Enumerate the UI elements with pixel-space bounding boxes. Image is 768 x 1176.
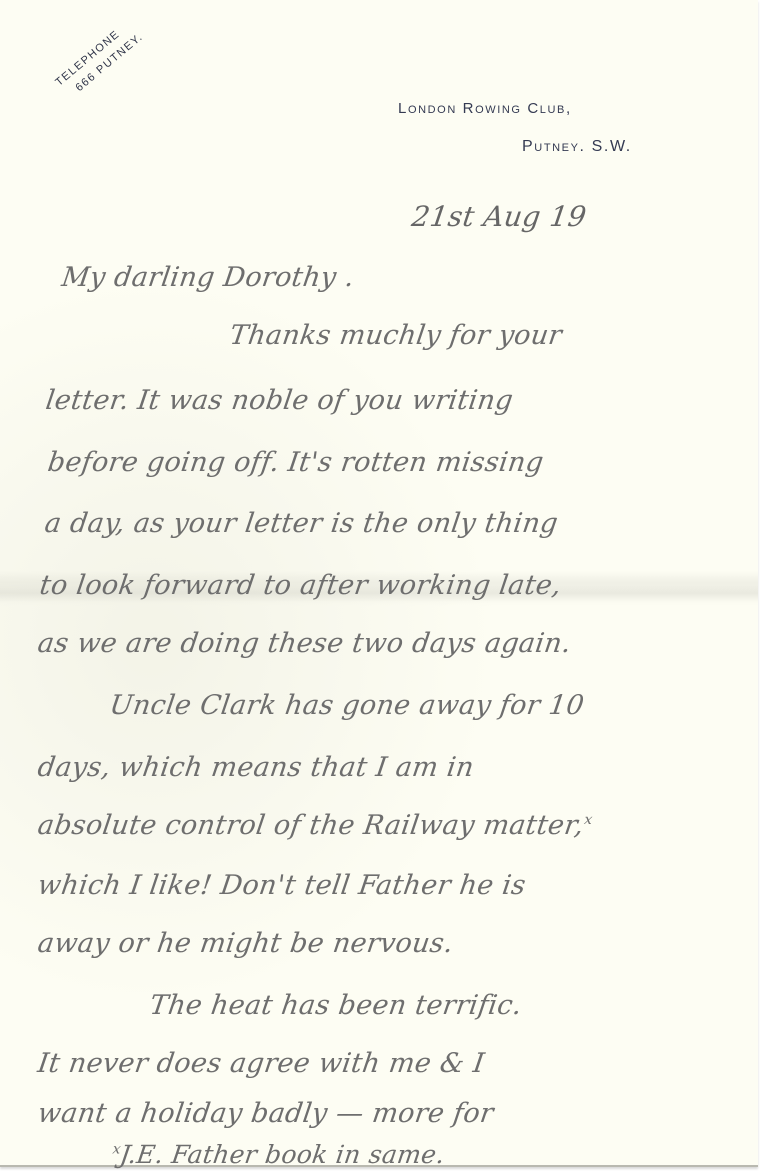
letter-line: which I like! Don't tell Father he is <box>36 870 528 901</box>
letter-line: letter. It was noble of you writing <box>44 385 515 416</box>
letter-line: days, which means that I am in <box>36 752 476 783</box>
salutation: My darling Dorothy . <box>60 262 356 293</box>
letter-line-text: absolute control of the Railway matter, <box>36 810 586 841</box>
letter-line: Thanks muchly for your <box>228 320 564 351</box>
letter-line: It never does agree with me & I <box>36 1048 487 1079</box>
letter-line: as we are doing these two days again. <box>36 628 573 659</box>
club-location: Putney. S.W. <box>522 138 632 156</box>
footnote-mark: x <box>583 812 593 828</box>
club-name: London Rowing Club, <box>398 100 572 117</box>
letter-line: Uncle Clark has gone away for 10 <box>108 690 586 721</box>
letter-date: 21st Aug 19 <box>410 200 589 233</box>
letter-line: The heat has been terrific. <box>148 990 524 1021</box>
letter-page: TELEPHONE 666 PUTNEY. London Rowing Club… <box>0 0 758 1167</box>
letter-line-with-mark: absolute control of the Railway matter,x <box>36 810 594 841</box>
letter-line: before going off. It's rotten missing <box>46 447 546 478</box>
letter-line: to look forward to after working late, <box>38 570 563 601</box>
letter-line: a day, as your letter is the only thing <box>43 508 560 539</box>
letter-line: away or he might be nervous. <box>36 928 455 959</box>
footnote-text: J.E. Father book in same. <box>118 1140 447 1169</box>
letter-line: want a holiday badly — more for <box>36 1098 496 1129</box>
footnote: xJ.E. Father book in same. <box>110 1140 447 1169</box>
telephone-stamp: TELEPHONE 666 PUTNEY. <box>52 16 148 104</box>
